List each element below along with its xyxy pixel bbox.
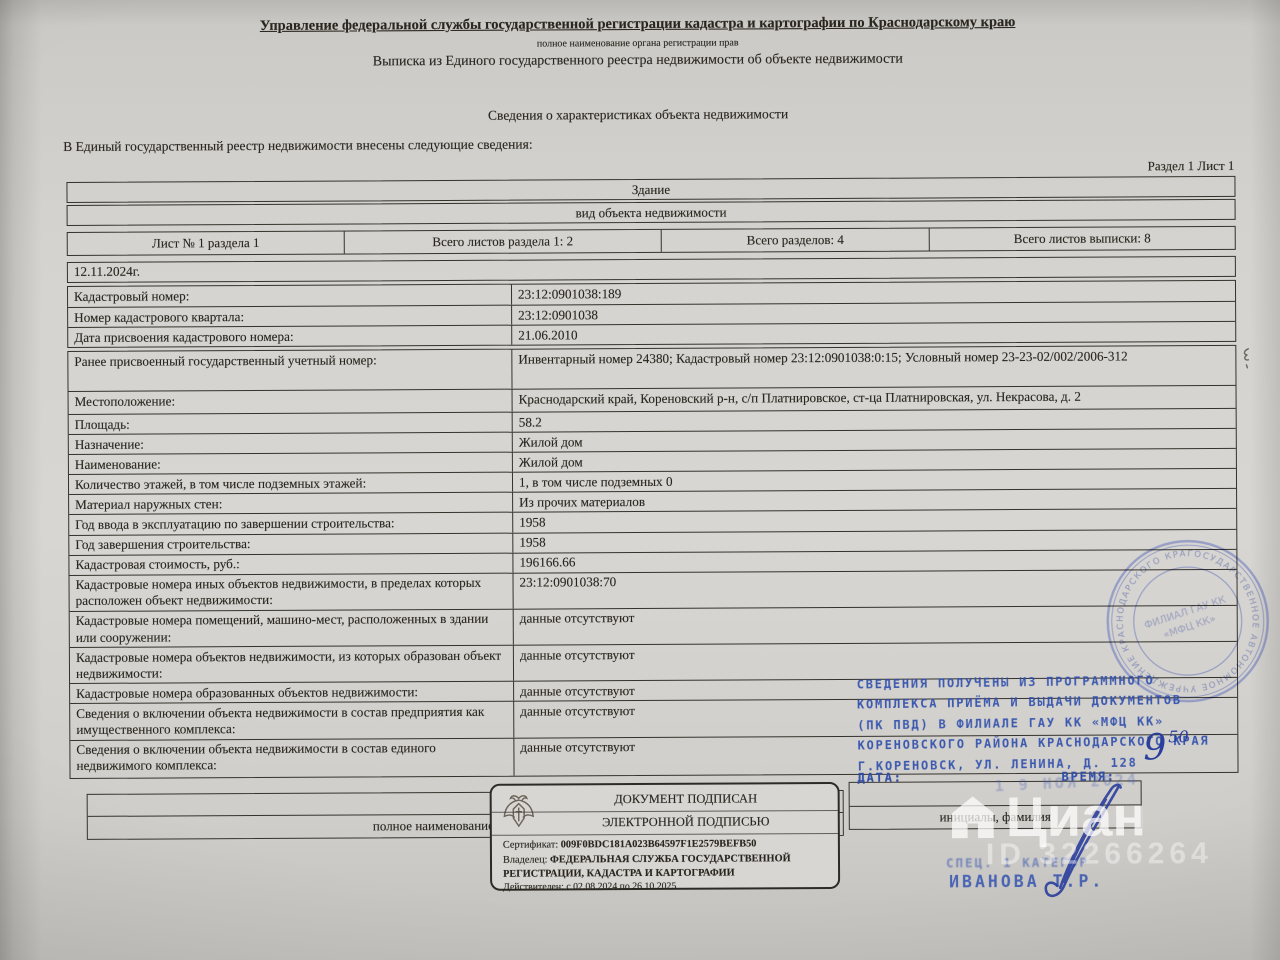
cadastral-id-table: Кадастровый номер:23:12:0901038:189Номер… bbox=[67, 280, 1236, 348]
esign-owner: Владелец: ФЕДЕРАЛЬНАЯ СЛУЖБА ГОСУДАРСТВЕ… bbox=[503, 852, 830, 882]
esign-certificate: Сертификат: 009F0BDC181A023B64597F1E2579… bbox=[503, 837, 830, 853]
mfc-date-label: ДАТА: bbox=[858, 771, 903, 785]
table-row: Ранее присвоенный государственный учетны… bbox=[68, 346, 1235, 391]
row-value: Жилой дом bbox=[512, 429, 1236, 452]
esign-line2: ЭЛЕКТРОННОЙ ПОДПИСЬЮ bbox=[540, 814, 832, 831]
row-value: Краснодарский край, Кореновский р-н, с/п… bbox=[512, 386, 1236, 412]
margin-pen-mark bbox=[1239, 346, 1253, 372]
esign-divider bbox=[492, 833, 838, 836]
row-label: Наименование: bbox=[69, 453, 512, 474]
row-label: Кадастровые номера иных объектов недвижи… bbox=[69, 573, 512, 611]
row-label: Кадастровые номера образованных объектов… bbox=[70, 682, 513, 703]
row-label: Материал наружных стен: bbox=[69, 493, 512, 514]
document-sheet: Управление федеральной службы государств… bbox=[0, 0, 1280, 960]
section-sheet-label: Раздел 1 Лист 1 bbox=[1148, 158, 1235, 174]
row-label: Количество этажей, в том числе подземных… bbox=[69, 473, 512, 494]
row-label: Назначение: bbox=[69, 433, 512, 454]
row-value: 58.2 bbox=[512, 409, 1236, 432]
esign-divider bbox=[492, 810, 838, 813]
row-label: Дата присвоения кадастрового номера: bbox=[68, 326, 511, 347]
row-value: 23:12:0901038:189 bbox=[511, 281, 1235, 305]
row-label: Ранее присвоенный государственный учетны… bbox=[68, 350, 511, 391]
extract-date-row: 12.11.2024г. bbox=[67, 256, 1236, 283]
specialist-category-stamp: СПЕЦ. 1 КАТЕГОР bbox=[946, 855, 1089, 871]
row-label: Площадь: bbox=[69, 413, 512, 434]
row-label: Кадастровый номер: bbox=[68, 285, 511, 307]
intro-text: В Единый государственный реестр недвижим… bbox=[63, 137, 532, 155]
row-label: Год завершения строительства: bbox=[69, 533, 512, 554]
esign-line1: ДОКУМЕНТ ПОДПИСАН bbox=[540, 791, 832, 808]
esign-stamp-box: ДОКУМЕНТ ПОДПИСАН ЭЛЕКТРОННОЙ ПОДПИСЬЮ С… bbox=[490, 782, 841, 891]
esign-validity: Действителен: с 02.08.2024 по 26.10.2025 bbox=[503, 879, 830, 895]
row-label: Номер кадастрового квартала: bbox=[68, 306, 511, 327]
name-caption: инициалы, фамилия bbox=[850, 805, 1141, 829]
authority-title: Управление федеральной службы государств… bbox=[62, 13, 1214, 36]
document-photo: Управление федеральной службы государств… bbox=[0, 0, 1280, 960]
authority-caption: полное наименование органа регистрации п… bbox=[62, 35, 1214, 52]
specialist-name-stamp: ИВАНОВА Т.Р. bbox=[949, 872, 1104, 892]
row-label: Кадастровые номера объектов недвижимости… bbox=[70, 646, 513, 684]
row-value: 21.06.2010 bbox=[511, 322, 1235, 345]
row-label: Местоположение: bbox=[69, 390, 512, 414]
row-value: 23:12:0901038 bbox=[511, 302, 1235, 325]
section-title: Сведения о характеристиках объекта недви… bbox=[62, 104, 1214, 126]
handwritten-time: 950 bbox=[1143, 727, 1186, 768]
row-label: Сведения о включении объекта недвижимост… bbox=[70, 702, 513, 740]
sheet-info-cell: Лист № 1 раздела 1 bbox=[68, 232, 345, 255]
row-value: Жилой дом bbox=[512, 449, 1236, 472]
document-title: Выписка из Единого государственного реес… bbox=[62, 50, 1214, 72]
row-label: Год ввода в эксплуатацию по завершении с… bbox=[69, 513, 512, 534]
row-label: Кадастровая стоимость, руб.: bbox=[69, 553, 512, 574]
table-row: Кадастровые номера иных объектов недвижи… bbox=[69, 569, 1236, 611]
sheet-info-cell: Всего листов выписки: 8 bbox=[930, 227, 1235, 251]
sheet-info-cell: Всего разделов: 4 bbox=[662, 228, 930, 251]
table-row: Кадастровые номера помещений, машино-мес… bbox=[70, 605, 1237, 647]
sheet-info-cell: Всего листов раздела 1: 2 bbox=[345, 230, 662, 254]
row-value: Из прочих материалов bbox=[512, 489, 1236, 512]
row-value: 1, в том числе подземных 0 bbox=[512, 469, 1236, 492]
row-label: Сведения о включении объекта недвижимост… bbox=[70, 738, 513, 777]
row-value: Инвентарный номер 24380; Кадастровый ном… bbox=[511, 346, 1235, 389]
object-type-caption: вид объекта недвижимости bbox=[67, 199, 1236, 226]
row-label: Кадастровые номера помещений, машино-мес… bbox=[70, 610, 513, 648]
sheet-info-row: Лист № 1 раздела 1 Всего листов раздела … bbox=[67, 226, 1236, 256]
